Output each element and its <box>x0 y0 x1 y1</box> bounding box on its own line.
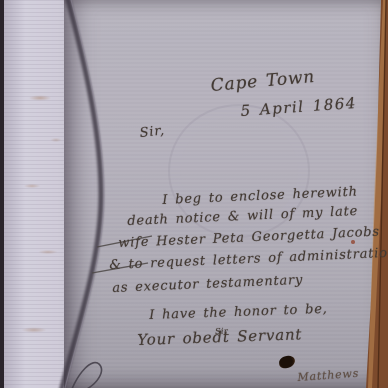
photo-of-letter: Cape Town 5 April 1864 Sir, I beg to enc… <box>0 0 388 388</box>
photo-vignette <box>0 0 388 388</box>
